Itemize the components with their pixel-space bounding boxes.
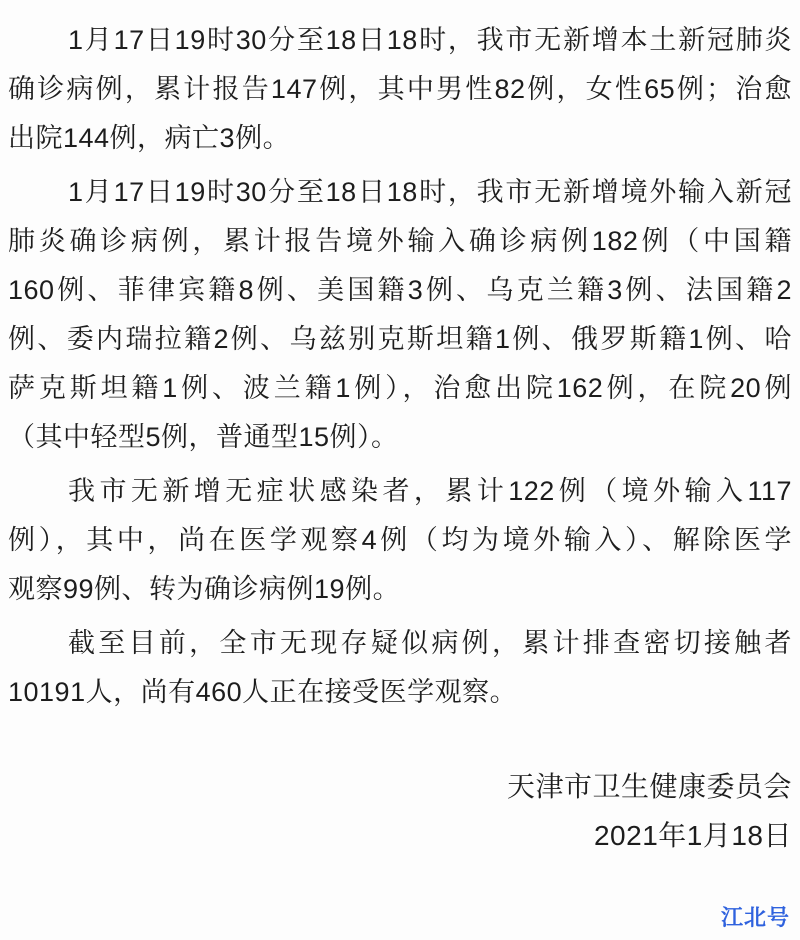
- paragraph-line: 出院144例，病亡3例。: [8, 114, 792, 163]
- signature-author: 天津市卫生健康委员会: [8, 762, 792, 811]
- paragraph-line: 10191人，尚有460人正在接受医学观察。: [8, 668, 792, 717]
- paragraph-line: 1月17日19时30分至18日18时，我市无新增境外输入新冠: [8, 168, 792, 217]
- watermark-jiangbeihao: 江北号: [721, 901, 790, 932]
- paragraph-line: 例），其中，尚在医学观察4例（均为境外输入）、解除医学: [8, 516, 792, 565]
- paragraph-line: 确诊病例，累计报告147例，其中男性82例，女性65例；治愈: [8, 65, 792, 114]
- paragraph-local-cases: 1月17日19时30分至18日18时，我市无新增本土新冠肺炎 确诊病例，累计报告…: [8, 16, 792, 163]
- paragraph-line: 萨克斯坦籍1例、波兰籍1例），治愈出院162例，在院20例: [8, 364, 792, 413]
- article-body: 1月17日19时30分至18日18时，我市无新增本土新冠肺炎 确诊病例，累计报告…: [0, 0, 800, 860]
- paragraph-line: 肺炎确诊病例，累计报告境外输入确诊病例182例（中国籍: [8, 217, 792, 266]
- paragraph-line: 例、委内瑞拉籍2例、乌兹别克斯坦籍1例、俄罗斯籍1例、哈: [8, 315, 792, 364]
- paragraph-line: 观察99例、转为确诊病例19例。: [8, 565, 792, 614]
- paragraph-imported-cases: 1月17日19时30分至18日18时，我市无新增境外输入新冠 肺炎确诊病例，累计…: [8, 168, 792, 462]
- signature-block: 天津市卫生健康委员会 2021年1月18日: [8, 762, 792, 860]
- paragraph-line: 截至目前，全市无现存疑似病例，累计排查密切接触者: [8, 619, 792, 668]
- signature-date: 2021年1月18日: [8, 811, 792, 860]
- paragraph-line: 160例、菲律宾籍8例、美国籍3例、乌克兰籍3例、法国籍2: [8, 266, 792, 315]
- paragraph-line: （其中轻型5例，普通型15例）。: [8, 413, 792, 462]
- paragraph-line: 我市无新增无症状感染者，累计122例（境外输入117: [8, 467, 792, 516]
- paragraph-close-contacts: 截至目前，全市无现存疑似病例，累计排查密切接触者 10191人，尚有460人正在…: [8, 619, 792, 717]
- paragraph-line: 1月17日19时30分至18日18时，我市无新增本土新冠肺炎: [8, 16, 792, 65]
- paragraph-asymptomatic-cases: 我市无新增无症状感染者，累计122例（境外输入117 例），其中，尚在医学观察4…: [8, 467, 792, 614]
